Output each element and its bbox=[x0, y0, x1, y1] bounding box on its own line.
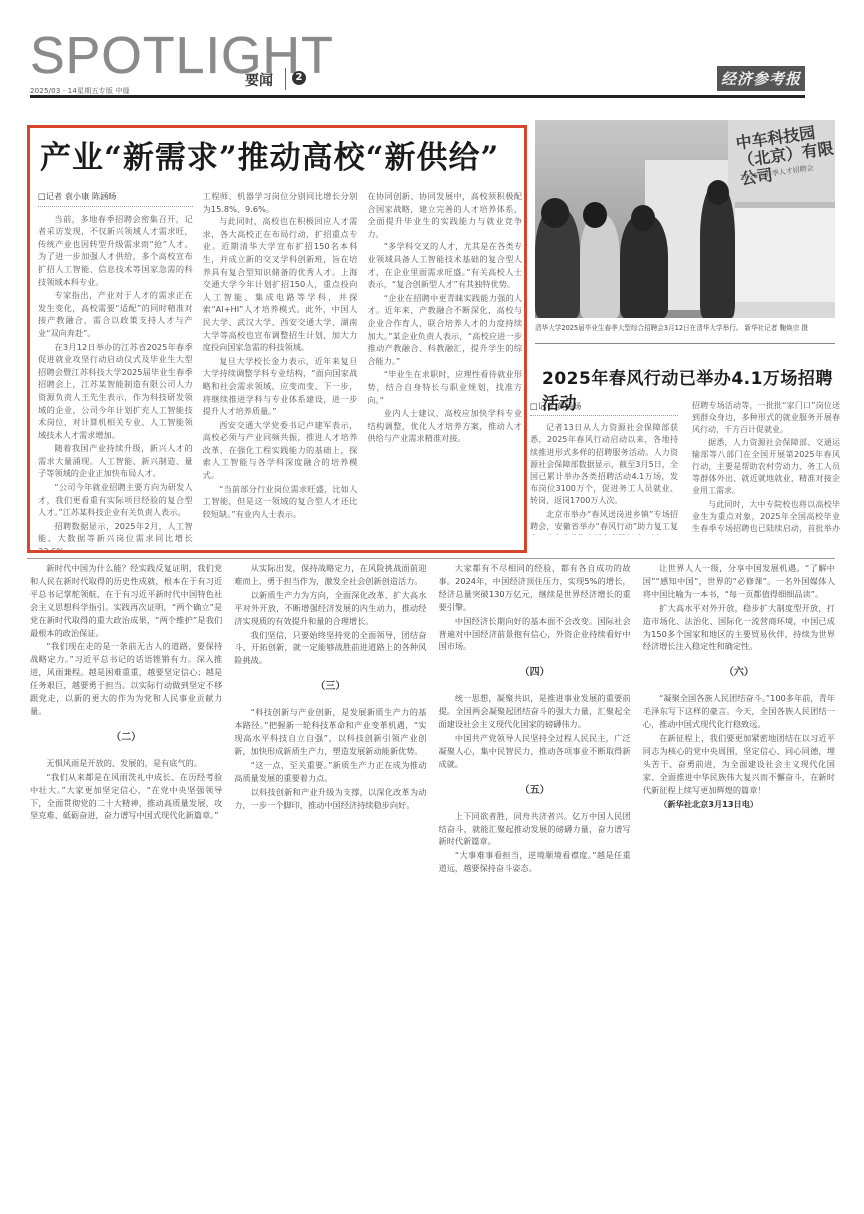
paragraph: 上下同欲者胜，同舟共济者兴。亿万中国人民团结奋斗，就能汇聚起推动发展的磅礴力量，… bbox=[439, 810, 631, 849]
paragraph: “科技创新与产业创新，是发展新质生产力的基本路径。”把握新一轮科技革命和产业变革… bbox=[234, 706, 426, 758]
paragraph: 统一思想，凝聚共识，是推进事业发展的重要前提。全国两会凝聚起团结奋斗的强大力量，… bbox=[439, 692, 631, 731]
section-marker: （五） bbox=[439, 785, 631, 798]
paragraph: 北京市举办“春风送岗进乡镇”专场招聘会，安徽省举办“春风行动”助力复工复产，广东… bbox=[530, 509, 678, 535]
paragraph: 西安交通大学党委书记卢建军表示，高校必须与产业同频共振，推进人才培养改革，在强化… bbox=[203, 419, 358, 482]
paragraph: 在3月12日举办的江苏省2025年春季促进就业攻坚行动启动仪式及毕业生大型招聘会… bbox=[38, 341, 193, 442]
top-rule-divider bbox=[30, 95, 805, 98]
paragraph: “这一点，至关重要。”新质生产力正在成为推动高质量发展的重要着力点。 bbox=[234, 759, 426, 785]
paragraph: 在新征程上，我们要更加紧密地团结在以习近平同志为核心的党中央周围，坚定信心、同心… bbox=[643, 732, 835, 797]
commentary-column-2: 从实际出发，保持战略定力，在风险挑战面前迎难而上，勇于担当作为，激发全社会创新创… bbox=[234, 562, 426, 1207]
paragraph: “我们现在走的是一条前无古人的道路，要保持战略定力。”习近平总书记的话语铿锵有力… bbox=[30, 640, 222, 717]
side-column-1: □记者 黄涵旸 记者13日从人力资源社会保障部获悉，2025年春风行动启动以来，… bbox=[530, 400, 678, 535]
section-divider bbox=[27, 558, 835, 559]
student-figure bbox=[580, 215, 620, 318]
paragraph: 大家都有不尽相同的经验，都有各自成功的故事。2024年，中国经济顶住压力，实现5… bbox=[439, 562, 631, 614]
lead-story: 产业“新需求”推动高校“新供给” □记者 袁小康 陈涵旸 当前，多地春季招聘会密… bbox=[27, 125, 527, 553]
paragraph: 业内人士建议，高校应加快学科专业结构调整，优化人才培养方案，推动人才供给与产业需… bbox=[367, 407, 522, 445]
commentary-column-3: 大家都有不尽相同的经验，都有各自成功的故事。2024年，中国经济顶住压力，实现5… bbox=[439, 562, 631, 1207]
paragraph: 记者13日从人力资源社会保障部获悉，2025年春风行动启动以来，各地持续推进形式… bbox=[530, 422, 678, 507]
brand-wordmark: SPOTLIGHT bbox=[30, 30, 334, 82]
commentary-column-4: 让世界人人一级，分享中国发展机遇。“了解中国”“感知中国”，世界的“必修课”。一… bbox=[643, 562, 835, 1207]
paragraph: “当前部分行业岗位需求旺盛，比如人工智能，但是这一领域的复合型人才还比较短缺。”… bbox=[203, 483, 358, 521]
paragraph: 让世界人人一级，分享中国发展机遇。“了解中国”“感知中国”，世界的“必修课”。一… bbox=[643, 562, 835, 601]
paragraph: “大事难事看担当，逆境顺境看襟度。”越是任重道远，越要保持奋斗姿态。 bbox=[439, 849, 631, 875]
photo-caption: 清华大学2025届毕业生春季大型综合招聘会3月12日在清华大学举行。 新华社记者… bbox=[535, 322, 835, 332]
paragraph: 无惧风雨是开放的、发展的，是有底气的。 bbox=[30, 757, 222, 770]
page-number-badge: 2 bbox=[292, 71, 306, 85]
lead-headline: 产业“新需求”推动高校“新供给” bbox=[40, 138, 520, 178]
paragraph: 新时代中国为什么能？经实践反复证明，我们党和人民在新时代取得的历史性成就，根本在… bbox=[30, 562, 222, 639]
paragraph: 随着我国产业持续升级，新兴人才的需求大量涌现。人工智能、新兴制造、量子等领域的企… bbox=[38, 442, 193, 480]
section-marker: （三） bbox=[234, 681, 426, 694]
paragraph: 中国共产党领导人民坚持全过程人民民主，广泛凝聚人心，集中民智民力，推动各项事业不… bbox=[439, 732, 631, 771]
paragraph: “我们从来都是在风雨洗礼中成长、在历经考验中壮大。”大家更加坚定信心，“在党中央… bbox=[30, 771, 222, 823]
paragraph: 当前，多地春季招聘会密集召开，记者采访发现，不仅新兴领域人才需求旺，传统产业也因… bbox=[38, 213, 193, 289]
paragraph: “公司今年就业招聘主要方向为研发人才，我们更看重有实际项目经验的复合型人才。”江… bbox=[38, 481, 193, 519]
lead-column-2: 工程师、机器学习岗位分别同比增长分别为15.8%、9.6%。 与此同时，高校也在… bbox=[203, 190, 358, 550]
section-marker: （二） bbox=[30, 732, 222, 745]
lead-column-1: □记者 袁小康 陈涵旸 当前，多地春季招聘会密集召开，记者采访发现，不仅新兴领域… bbox=[38, 190, 193, 550]
divider bbox=[285, 68, 286, 90]
paragraph: “凝聚全国各族人民团结奋斗。”100多年前，青年毛泽东写下这样的豪言。今天，全国… bbox=[643, 692, 835, 731]
paragraph: 复旦大学校长金力表示，近年来复旦大学持续调整学科专业结构，“面向国家战略和社会需… bbox=[203, 355, 358, 418]
paragraph: “企业在招聘中更青睐实践能力强的人才。近年来，产教融合不断深化，高校与企业合作育… bbox=[367, 292, 522, 368]
commentary-column-1: 新时代中国为什么能？经实践反复证明，我们党和人民在新时代取得的历史性成就，根本在… bbox=[30, 562, 222, 1207]
newspaper-logo: 经济参考报 bbox=[717, 66, 805, 91]
divider bbox=[535, 343, 835, 344]
paragraph: 中国经济长期向好的基本面不会改变。国际社会普遍对中国经济前景抱有信心，外资企业持… bbox=[439, 615, 631, 654]
commentary-article: 新时代中国为什么能？经实践反复证明，我们党和人民在新时代取得的历史性成就，根本在… bbox=[30, 562, 835, 1207]
paragraph: 在协同创新、协同发展中，高校须积极配合国家战略，建立完善的人才培养体系，全面提升… bbox=[367, 190, 522, 240]
news-photo: 中车科技园（北京）有限公司 2025届春季人才招聘会 bbox=[535, 120, 835, 318]
paragraph: 从实际出发，保持战略定力，在风险挑战面前迎难而上，勇于担当作为，激发全社会创新创… bbox=[234, 562, 426, 588]
paragraph: 招聘专场活动等，一批批“家门口”岗位送到群众身边，多种形式的就业服务开展春风行动… bbox=[692, 400, 840, 437]
paragraph: “毕业生在求职时，应理性看待就业形势，结合自身特长与职业规划，找准方向。” bbox=[367, 368, 522, 406]
section-marker: （六） bbox=[643, 667, 835, 680]
paragraph: 我们坚信，只要始终坚持党的全面领导，团结奋斗、开拓创新，就一定能够战胜前进道路上… bbox=[234, 629, 426, 668]
paragraph: 据悉，人力资源社会保障部、交通运输部等八部门在全国开展第2025年春风行动，主要… bbox=[692, 437, 840, 498]
lead-story-columns: □记者 袁小康 陈涵旸 当前，多地春季招聘会密集召开，记者采访发现，不仅新兴领域… bbox=[38, 190, 522, 550]
paragraph: 与此同时，高校也在积极回应人才需求，各大高校正在布局行动，扩招重点专业。近期清华… bbox=[203, 215, 358, 354]
paragraph: 扩大高水平对外开放，稳步扩大制度型开放，打造市场化、法治化、国际化一流营商环境，… bbox=[643, 602, 835, 654]
paragraph: 招聘数据显示，2025年2月，人工智能、大数据等新兴岗位需求同比增长33.6%。 bbox=[38, 520, 193, 550]
side-column-2: 招聘专场活动等，一批批“家门口”岗位送到群众身边，多种形式的就业服务开展春风行动… bbox=[692, 400, 840, 535]
side-story-columns: □记者 黄涵旸 记者13日从人力资源社会保障部获悉，2025年春风行动启动以来，… bbox=[530, 400, 840, 535]
info-poster bbox=[735, 202, 835, 302]
paragraph: 与此同时，大中专院校也将以高校毕业生为重点对象，2025年全国高校毕业生春季专场… bbox=[692, 499, 840, 535]
paragraph: 以科技创新和产业升级为支撑，以深化改革为动力，一步一个脚印，推动中国经济持续稳步… bbox=[234, 786, 426, 812]
masthead: SPOTLIGHT 要闻 2 2025/03 · 14星期五专版 中缝 经济参考… bbox=[30, 26, 805, 98]
lead-column-3: 在协同创新、协同发展中，高校须积极配合国家战略，建立完善的人才培养体系，全面提升… bbox=[367, 190, 522, 550]
paragraph: 专家指出，产业对于人才的需求正在发生变化，高校需要“适配”的同时精准对接产教融合… bbox=[38, 289, 193, 339]
paragraph: “多学科交叉的人才，尤其是在各类专业领域具备人工智能技术基础的复合型人才，在企业… bbox=[367, 240, 522, 290]
lead-byline: □记者 袁小康 陈涵旸 bbox=[38, 190, 193, 207]
section-label: 要闻 bbox=[245, 70, 273, 90]
paragraph: 工程师、机器学习岗位分别同比增长分别为15.8%、9.6%。 bbox=[203, 190, 358, 215]
side-byline: □记者 黄涵旸 bbox=[530, 400, 678, 416]
article-signoff: （新华社北京3月13日电） bbox=[643, 798, 835, 811]
section-marker: （四） bbox=[439, 667, 631, 680]
paragraph: 以新质生产力为方向，全面深化改革、扩大高水平对外开放，不断增强经济发展的内生动力… bbox=[234, 589, 426, 628]
